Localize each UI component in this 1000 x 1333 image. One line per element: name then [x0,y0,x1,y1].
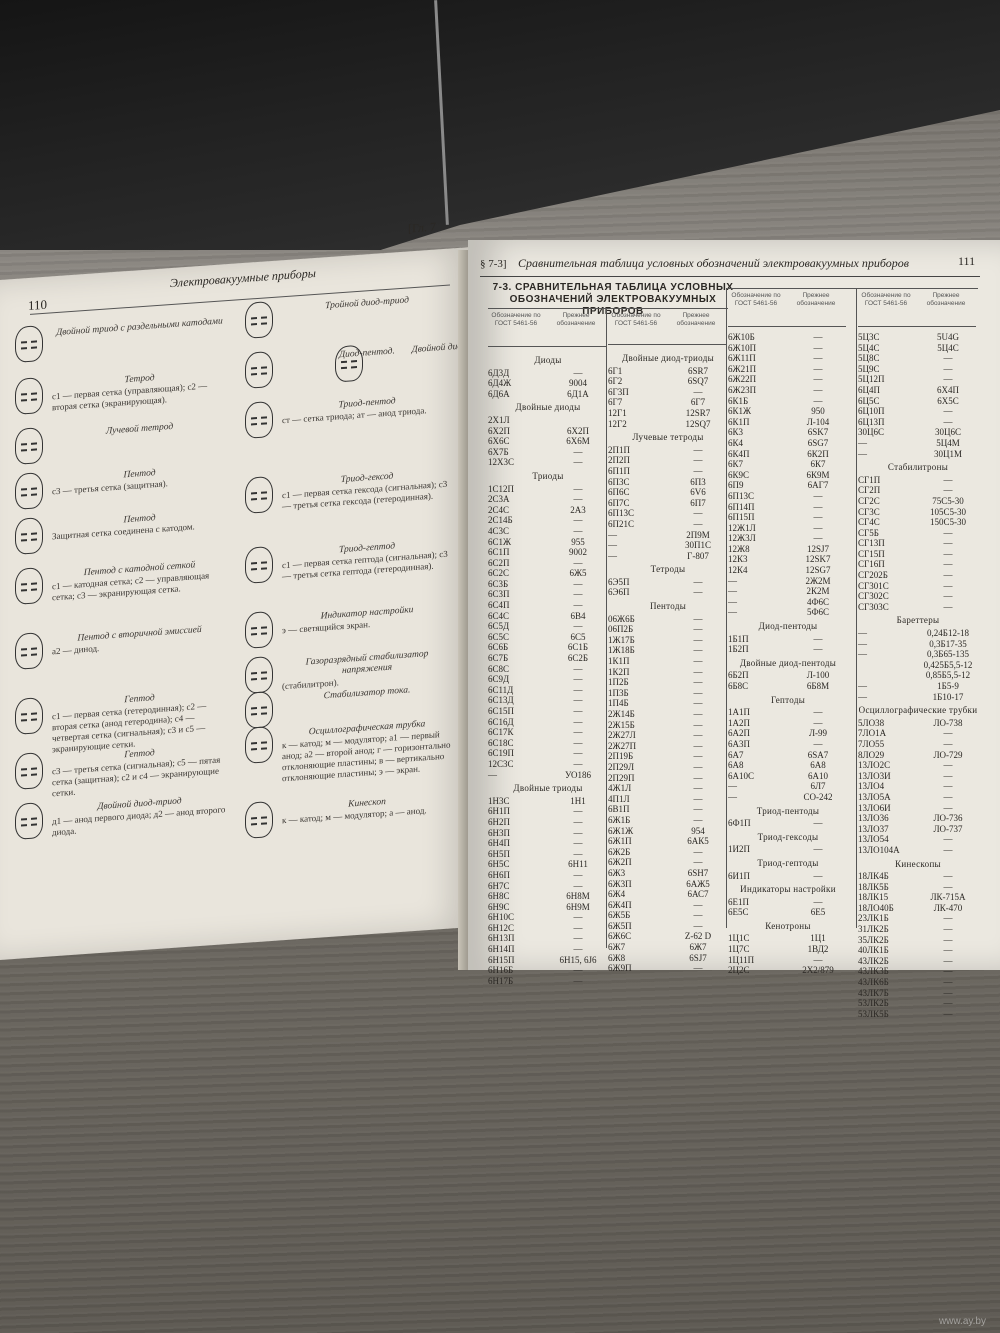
table-row: 2П19Б— [608,751,728,762]
page-number-left: 110 [28,297,47,314]
table-section-heading: Осциллографические трубки [858,705,978,716]
running-head-right: Сравнительная таблица условных обозначен… [518,256,909,271]
table-row: 6Г16SR7 [608,366,728,377]
gost-designation: 6Ж23П [728,385,788,396]
gost-designation: СГ15П [858,549,918,560]
table-section-heading: Двойные триоды [488,783,608,794]
table-row: 6Х7Б— [488,447,608,458]
gost-designation: — [728,792,788,803]
gost-designation: 6С3Б [488,579,548,590]
former-designation: 6С1Б [548,642,608,653]
gost-designation: 6П1П [608,466,668,477]
table-row: 6К9С6К9М [728,470,848,481]
former-designation: — [668,730,728,741]
gost-designation: 6Н14П [488,944,548,955]
table-row: 0,85Б5,5-12 [858,670,978,681]
gost-designation: 12Ж3Л [728,533,788,544]
former-designation: — [788,533,848,544]
table-section-heading: Триод-гексоды [728,832,848,843]
former-designation: 6Б8М [788,681,848,692]
table-section-heading: Кинескопы [858,859,978,870]
gost-designation: 53ЛК2Б [858,998,918,1009]
table-row: 13ЛО6И— [858,803,978,814]
gost-designation: 5Ц4С [858,343,918,354]
gost-designation: — [858,449,918,460]
former-designation: — [788,332,848,343]
table-row: 6К1ПЛ-104 [728,417,848,428]
table-row: 2Ж14Б— [608,709,728,720]
gost-designation: 12Ж1Л [728,523,788,534]
table-row: 6П3С6П3 [608,477,728,488]
table-row: 6С11Д— [488,685,608,696]
symbol-entry: Пентодc3 — третья сетка (защитная). [52,463,227,497]
gost-designation: 6Ж10П [728,343,788,354]
gost-designation: 6Б2П [728,670,788,681]
gost-designation: 1К1П [608,656,668,667]
former-designation: — [548,817,608,828]
gost-designation: 43ЛК6Б [858,977,918,988]
former-designation: — [918,771,978,782]
gost-designation: 6Х7Б [488,447,548,458]
gost-designation: 1П3Б [608,688,668,699]
table-row: 1Ц7С1ВД2 [728,944,848,955]
table-row: 30Ц6С30Ц6С [858,427,978,438]
gost-designation: 7ЛО1А [858,728,918,739]
table-row: 6Ж2Б— [608,847,728,858]
tube-symbol-icon [245,351,273,389]
table-row: —1Б5-9 [858,681,978,692]
table-row: —2П9М [608,530,728,541]
gost-designation: 6А2П [728,728,788,739]
table-row: 13ЛО104А— [858,845,978,856]
former-designation: 2П9М [668,530,728,541]
table-row: СГ3С105С5-30 [858,507,978,518]
former-designation: — [668,815,728,826]
table-row: —30Ц1М [858,449,978,460]
gost-designation: 6Н7С [488,881,548,892]
table-row: —2К2М [728,586,848,597]
gost-designation: 6С9Д [488,674,548,685]
gost-designation: 6Д6А [488,389,548,400]
former-designation: ЛО-737 [918,824,978,835]
former-designation: — [918,417,978,428]
watermark: www.ay.by [939,1316,986,1327]
former-designation: — [668,910,728,921]
former-designation: — [918,406,978,417]
former-designation: — [548,447,608,458]
gost-designation: 43ЛК2Б [858,956,918,967]
former-designation: — [918,528,978,539]
table-row: 6Ж9П— [608,963,728,974]
table-column: 5Ц3С5U4G5Ц4С5Ц4С5Ц8С—5Ц9С—5Ц12П—6Ц4П6Х4П… [858,332,978,1019]
gost-designation: 43ЛК3Б [858,966,918,977]
former-designation: 6А10 [788,771,848,782]
table-row: 6А86А8 [728,760,848,771]
section-ref: § 7-3] [480,258,507,270]
column-header: Обозначение по ГОСТ 5461-56 [488,312,544,327]
table-row: СГ16П— [858,559,978,570]
table-row: 6С5С6С5 [488,632,608,643]
symbol-entry: Лучевой тетрод [52,418,227,441]
table-row: 6Ц13П— [858,417,978,428]
tube-symbol-icon [245,301,273,339]
gost-designation: 6С1Ж [488,537,548,548]
table-row: —0,24Б12-18 [858,628,978,639]
table-row: —УО186 [488,770,608,781]
table-row: 6Ж76Ж7 [608,942,728,953]
table-column: Диоды6Д3Д—6Д4Ж90046Д6А6Д1АДвойные диоды2… [488,352,608,986]
gost-designation: 2П29Л [608,762,668,773]
table-row: 4П1Л— [608,794,728,805]
table-row: 6С15П— [488,706,608,717]
gost-designation: 6Ц5С [858,396,918,407]
table-row: 6К1Б— [728,396,848,407]
former-designation: 955 [548,537,608,548]
symbol-entry: Триод-гексодc1 — первая сетка гексода (с… [282,467,452,512]
former-designation: — [918,834,978,845]
table-row: 6Ж21П— [728,364,848,375]
former-designation: 12SG7 [788,565,848,576]
table-row: 13ЛО36ЛО-736 [858,813,978,824]
gost-designation: 12Г1 [608,408,668,419]
gost-designation: 6П3С [608,477,668,488]
table-row: 43ЛК3Б— [858,966,978,977]
table-row: 6А3П— [728,739,848,750]
table-row: 6Н9С6Н9М [488,902,608,913]
former-designation: 0,3Б17-35 [918,639,978,650]
former-designation: 6SG7 [788,438,848,449]
table-row: 6Ж2П— [608,857,728,868]
gost-designation: 6Г7 [608,397,668,408]
former-designation: 6Н8М [548,891,608,902]
gost-designation: 6Ж1Б [608,815,668,826]
gost-designation: 12К3 [728,554,788,565]
table-row: 6Ц10П— [858,406,978,417]
former-designation: — [918,924,978,935]
former-designation: 6SJ7 [668,953,728,964]
former-designation: — [788,364,848,375]
gost-designation: 6Н5П [488,849,548,860]
former-designation: 5Ф6С [788,607,848,618]
table-row: 1Б2П— [728,644,848,655]
former-designation: 12SK7 [788,554,848,565]
table-row: 6Ж1Б— [608,815,728,826]
table-column: 6Ж10Б—6Ж10П—6Ж11П—6Ж21П—6Ж22П—6Ж23П—6К1Б… [728,332,848,976]
tube-symbol-icon [15,752,43,790]
gost-designation: 1И2П [728,844,788,855]
gost-designation: 1С12П [488,484,548,495]
table-row: 6Н2П— [488,817,608,828]
table-section-heading: Триоды [488,471,608,482]
table-row: 6Ж1Ж954 [608,826,728,837]
former-designation: 1Ц1 [788,933,848,944]
gost-designation: 6К9С [728,470,788,481]
former-designation: 1Н1 [548,796,608,807]
gost-designation: 13ЛО54 [858,834,918,845]
tube-symbol-icon [245,726,273,764]
former-designation: — [548,870,608,881]
former-designation: 6П7 [668,498,728,509]
table-row: 1К1П— [608,656,728,667]
gost-designation: 6К7 [728,459,788,470]
table-row: 6С3П— [488,589,608,600]
gost-designation: СГ1П [858,475,918,486]
gost-designation: 2Ц2С [728,965,788,976]
former-designation: — [548,806,608,817]
former-designation: — [668,508,728,519]
table-row: 18ЛК15ЛК-715А [858,892,978,903]
table-row: 6Х2П6Х2П [488,426,608,437]
table-section-heading: Триод-пентоды [728,806,848,817]
former-designation: — [918,353,978,364]
former-designation: 6АГ7 [788,480,848,491]
former-designation: — [918,966,978,977]
table-row: 6Б2ПЛ-100 [728,670,848,681]
gost-designation: 06Ж6Б [608,614,668,625]
former-designation: — [548,526,608,537]
former-designation: — [548,685,608,696]
gost-designation: 13ЛО104А [858,845,918,856]
gost-designation: СГ301С [858,581,918,592]
column-divider [856,288,857,928]
table-row: 12Ж3Л— [728,533,848,544]
table-row: 6Г3П— [608,387,728,398]
former-designation: — [668,577,728,588]
former-designation: — [918,803,978,814]
former-designation: — [548,589,608,600]
table-section-heading: Диод-пентоды [728,621,848,632]
header-divider [858,326,976,327]
table-row: 2Х1Л [488,415,608,426]
table-row: 6Е5С6Е5 [728,907,848,918]
former-designation: 5U4G [918,332,978,343]
table-row: 4С3С— [488,526,608,537]
former-designation: — [548,558,608,569]
former-designation: Л-99 [788,728,848,739]
table-row: 2П29Л— [608,762,728,773]
former-designation: 6Х5С [918,396,978,407]
table-row: 7ЛО55— [858,739,978,750]
table-row: 6С2П— [488,558,608,569]
table-row: 1К2П— [608,667,728,678]
header-divider [488,346,606,347]
gost-designation: 6Г1 [608,366,668,377]
gost-designation: 6В1П [608,804,668,815]
gost-designation: 6К1Б [728,396,788,407]
gost-designation: 1Б1П [728,634,788,645]
former-designation: — [548,515,608,526]
former-designation: ЛО-738 [918,718,978,729]
table-section-heading: Гептоды [728,695,848,706]
gost-designation: СГ5Б [858,528,918,539]
gost-designation: 13ЛО2С [858,760,918,771]
former-designation: Z-62 D [668,931,728,942]
former-designation: 6Н15, 6J6 [548,955,608,966]
gost-designation: 2Ж27П [608,741,668,752]
table-row: 1Н3С1Н1 [488,796,608,807]
table-row: 6Ж86SJ7 [608,953,728,964]
table-row: 2Ж27П— [608,741,728,752]
former-designation: — [548,923,608,934]
former-designation: 150С5-30 [918,517,978,528]
table-row: 06Ж6Б— [608,614,728,625]
gost-designation: 6Д3Д [488,368,548,379]
former-designation: — [668,466,728,477]
former-designation: — [788,871,848,882]
former-designation: — [788,818,848,829]
tube-symbol-icon [15,427,43,465]
table-row: 1А2П— [728,718,848,729]
table-section-heading: Двойные диод-триоды [608,353,728,364]
tube-symbol-icon [15,472,43,510]
gost-designation: 6Ж7 [608,942,668,953]
table-row: 1Ц11П— [728,955,848,966]
gost-designation: 6Ж3 [608,868,668,879]
table-row: 12Ж812SJ7 [728,544,848,555]
gost-designation: 6Ж8 [608,953,668,964]
table-row: 6Ж46АС7 [608,889,728,900]
table-row: 5Ц9С— [858,364,978,375]
table-row: 2С4С2А3 [488,505,608,516]
gost-designation: 6Ж5П [608,921,668,932]
table-row: 13ЛО4— [858,781,978,792]
table-row: 6Н15П6Н15, 6J6 [488,955,608,966]
former-designation: — [668,614,728,625]
table-row: 6Ж4П— [608,900,728,911]
table-row: 6С1П9002 [488,547,608,558]
table-section-heading: Тетроды [608,564,728,575]
table-row: 6Г26SQ7 [608,376,728,387]
gost-designation: 6Ж1П [608,836,668,847]
table-row: 1П3Б— [608,688,728,699]
former-designation: — [918,570,978,581]
table-row: СГ2П— [858,485,978,496]
former-designation: 12SR7 [668,408,728,419]
former-designation: — [548,738,608,749]
table-row: 6Ж6СZ-62 D [608,931,728,942]
gost-designation: 6С13Д [488,695,548,706]
former-designation: 6Х6М [548,436,608,447]
gost-designation: 18ЛО40Б [858,903,918,914]
gost-designation: 6Ж21П [728,364,788,375]
former-designation: 0,85Б5,5-12 [918,670,978,681]
gost-designation: 6Ц13П [858,417,918,428]
table-row: —Г-807 [608,551,728,562]
gost-designation: 6К3 [728,427,788,438]
table-row: —6Л7 [728,781,848,792]
table-row: —2Ж2М [728,576,848,587]
tube-symbol-icon [245,801,273,839]
former-designation: — [668,455,728,466]
gost-designation: 6П15П [728,512,788,523]
table-row: 6Н10С— [488,912,608,923]
former-designation: — [918,364,978,375]
former-designation: — [548,484,608,495]
gost-designation: 6А8 [728,760,788,771]
table-row: 6Ж10Б— [728,332,848,343]
former-designation: — [548,368,608,379]
gost-designation: 6Ж3П [608,879,668,890]
gost-designation: 6Х2П [488,426,548,437]
former-designation: — [788,644,848,655]
table-row: 43ЛК2Б— [858,956,978,967]
table-row: 1П2Б— [608,677,728,688]
gost-designation: 1П2Б [608,677,668,688]
former-designation: 9002 [548,547,608,558]
former-designation: 1Б5-9 [918,681,978,692]
gost-designation: 1Н3С [488,796,548,807]
gost-designation: 6Ж4 [608,889,668,900]
gost-designation: — [728,586,788,597]
entry-title: Лучевой тетрод [52,418,227,441]
tube-symbol-icon [15,567,43,605]
table-row: 6Н5П— [488,849,608,860]
gost-designation: 6П6С [608,487,668,498]
former-designation: 6К7 [788,459,848,470]
gost-designation: — [858,639,918,650]
former-designation: 4Ф6С [788,597,848,608]
former-designation: 5Ц4М [918,438,978,449]
table-row: 1С12П— [488,484,608,495]
gost-designation: — [858,438,918,449]
former-designation: 12SJ7 [788,544,848,555]
gost-designation: 6Ж5Б [608,910,668,921]
table-section-heading: Пентоды [608,601,728,612]
former-designation: ЛК-470 [918,903,978,914]
gost-designation: 1А2П [728,718,788,729]
symbol-entry: Тетродc1 — первая сетка (управляющая); c… [52,368,227,413]
gost-designation: 2Х1Л [488,415,548,426]
gost-designation: 12Г2 [608,419,668,430]
table-row: 6Ж3П6АЖ5 [608,879,728,890]
gost-designation: 6Х6С [488,436,548,447]
former-designation: 1Б10-17 [918,692,978,703]
gost-designation: 2П19Б [608,751,668,762]
gost-designation: — [858,692,918,703]
gost-designation: 6Е5С [728,907,788,918]
former-designation: 0,425Б5,5-12 [918,660,978,671]
gost-designation: 6Ф1П [728,818,788,829]
gost-designation: 6Н8С [488,891,548,902]
former-designation: — [548,881,608,892]
former-designation: 6SH7 [668,868,728,879]
table-row: СГ13П— [858,538,978,549]
former-designation: — [548,976,608,987]
former-designation: — [788,523,848,534]
table-row: 5Ц8С— [858,353,978,364]
former-designation: — [548,695,608,706]
gost-designation: 6Ж11П [728,353,788,364]
table-row: 6Ж1П6АК5 [608,836,728,847]
table-row: 6Д4Ж9004 [488,378,608,389]
table-row: 5Ц4С5Ц4С [858,343,978,354]
header-divider [728,326,846,327]
table-row: 6П14П— [728,502,848,513]
gost-designation: 7ЛО55 [858,739,918,750]
table-section-heading: Лучевые тетроды [608,432,728,443]
table-row: 6Ц5С6Х5С [858,396,978,407]
gost-designation: 6Н5С [488,859,548,870]
table-row: 1Ж17Б— [608,635,728,646]
table-row: 6С19П— [488,748,608,759]
gost-designation: 18ЛК4Б [858,871,918,882]
table-row: 6П1П— [608,466,728,477]
gost-designation: 6А10С [728,771,788,782]
table-row: 6К36SK7 [728,427,848,438]
gost-designation: 6Н9С [488,902,548,913]
former-designation: 6SR7 [668,366,728,377]
table-row: 1Б1П— [728,634,848,645]
